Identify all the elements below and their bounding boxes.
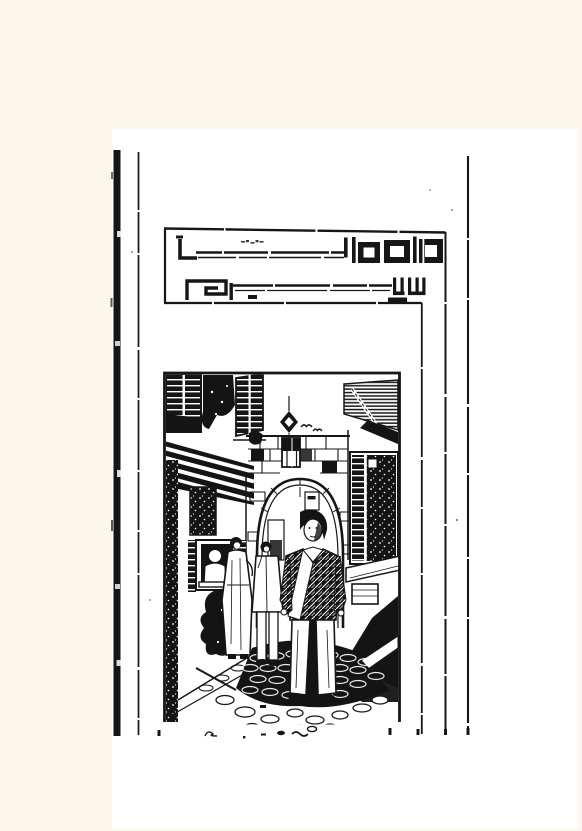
kufic-title-panel — [164, 229, 446, 304]
kufic-hook — [180, 239, 197, 258]
kufic-row-1 — [176, 236, 443, 264]
birds-icon — [301, 425, 322, 431]
window-top-left — [166, 375, 201, 432]
left-rule-thick — [111, 150, 122, 736]
street-illustration — [164, 373, 400, 731]
kufic-glyph-mid — [352, 237, 380, 263]
dark-shutter-panel — [190, 487, 216, 535]
kufic-glyph-right-2 — [384, 237, 417, 264]
scanned-page — [0, 0, 582, 831]
kufic-cartouche — [388, 298, 407, 304]
hanging-sign — [280, 396, 298, 438]
barred-window — [282, 438, 300, 467]
kufic-alif — [344, 238, 348, 258]
scan-artwork — [0, 0, 582, 831]
large-window — [350, 452, 398, 564]
left-wall-shadow — [166, 460, 178, 722]
kufic-spiral — [187, 281, 226, 300]
micro-text — [241, 240, 264, 244]
foliage-clump — [202, 375, 235, 429]
wall-cabinet — [352, 584, 378, 604]
kufic-double-u — [393, 278, 426, 296]
kufic-row-2 — [187, 278, 426, 304]
kufic-glyph-right-1 — [419, 239, 443, 263]
window-top-mid — [233, 374, 266, 445]
